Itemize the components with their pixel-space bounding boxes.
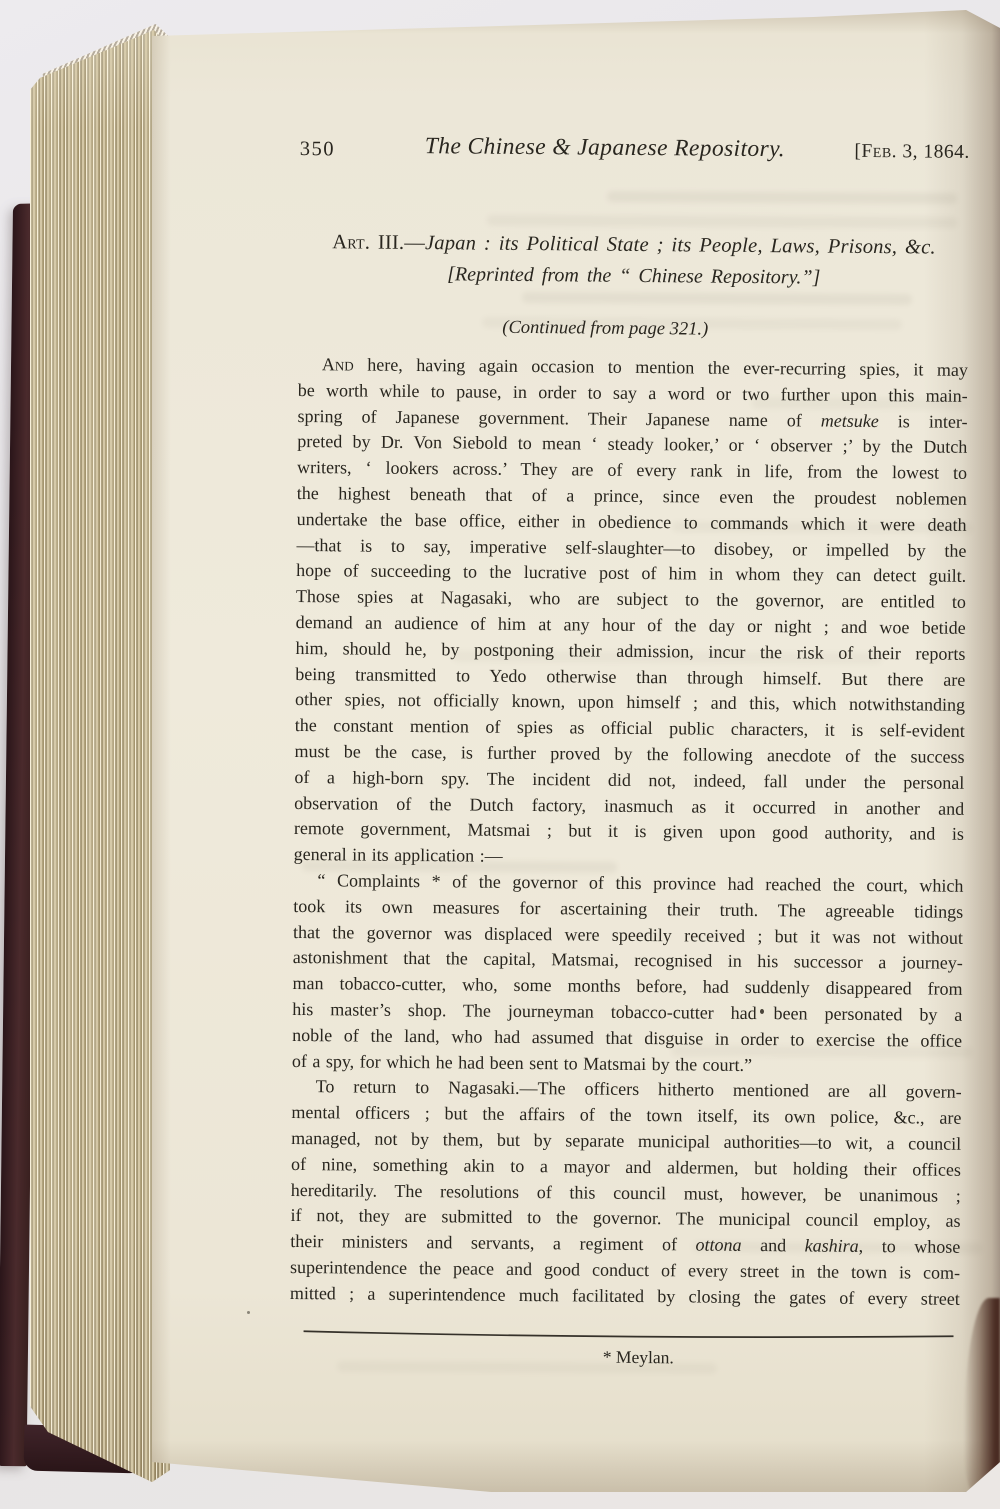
article-body: And here, having again occasion to menti…	[290, 352, 968, 1312]
article-heading: Art. III.—Japan : its Political State ; …	[299, 231, 969, 260]
book-page: 350 The Chinese & Japanese Repository. […	[152, 10, 1000, 1492]
article-source-line: [Reprinted from the “ Chinese Repository…	[299, 262, 969, 291]
bleed-through-text	[487, 215, 957, 228]
bleed-through-text	[522, 292, 912, 305]
footnote-rule-line	[303, 1329, 953, 1343]
issue-date: [Feb. 3, 1864.	[854, 141, 970, 164]
book-fore-edge-pages	[30, 26, 170, 1482]
journal-title: The Chinese & Japanese Repository.	[270, 132, 940, 165]
footnote-rule	[304, 1324, 954, 1338]
body-line: mitted ; a superintendence much facilita…	[290, 1281, 960, 1313]
continuation-note: (Continued from page 321.)	[270, 316, 940, 343]
page-content: 350 The Chinese & Japanese Repository. […	[300, 132, 970, 138]
ink-speck	[247, 1311, 250, 1314]
page-edge-curl-shadow	[964, 1298, 1000, 1494]
page-header: 350 The Chinese & Japanese Repository. […	[300, 132, 970, 178]
photo-backdrop: { "page_header": { "page_number": "350",…	[0, 0, 1000, 1509]
bleed-through-text	[607, 191, 957, 204]
